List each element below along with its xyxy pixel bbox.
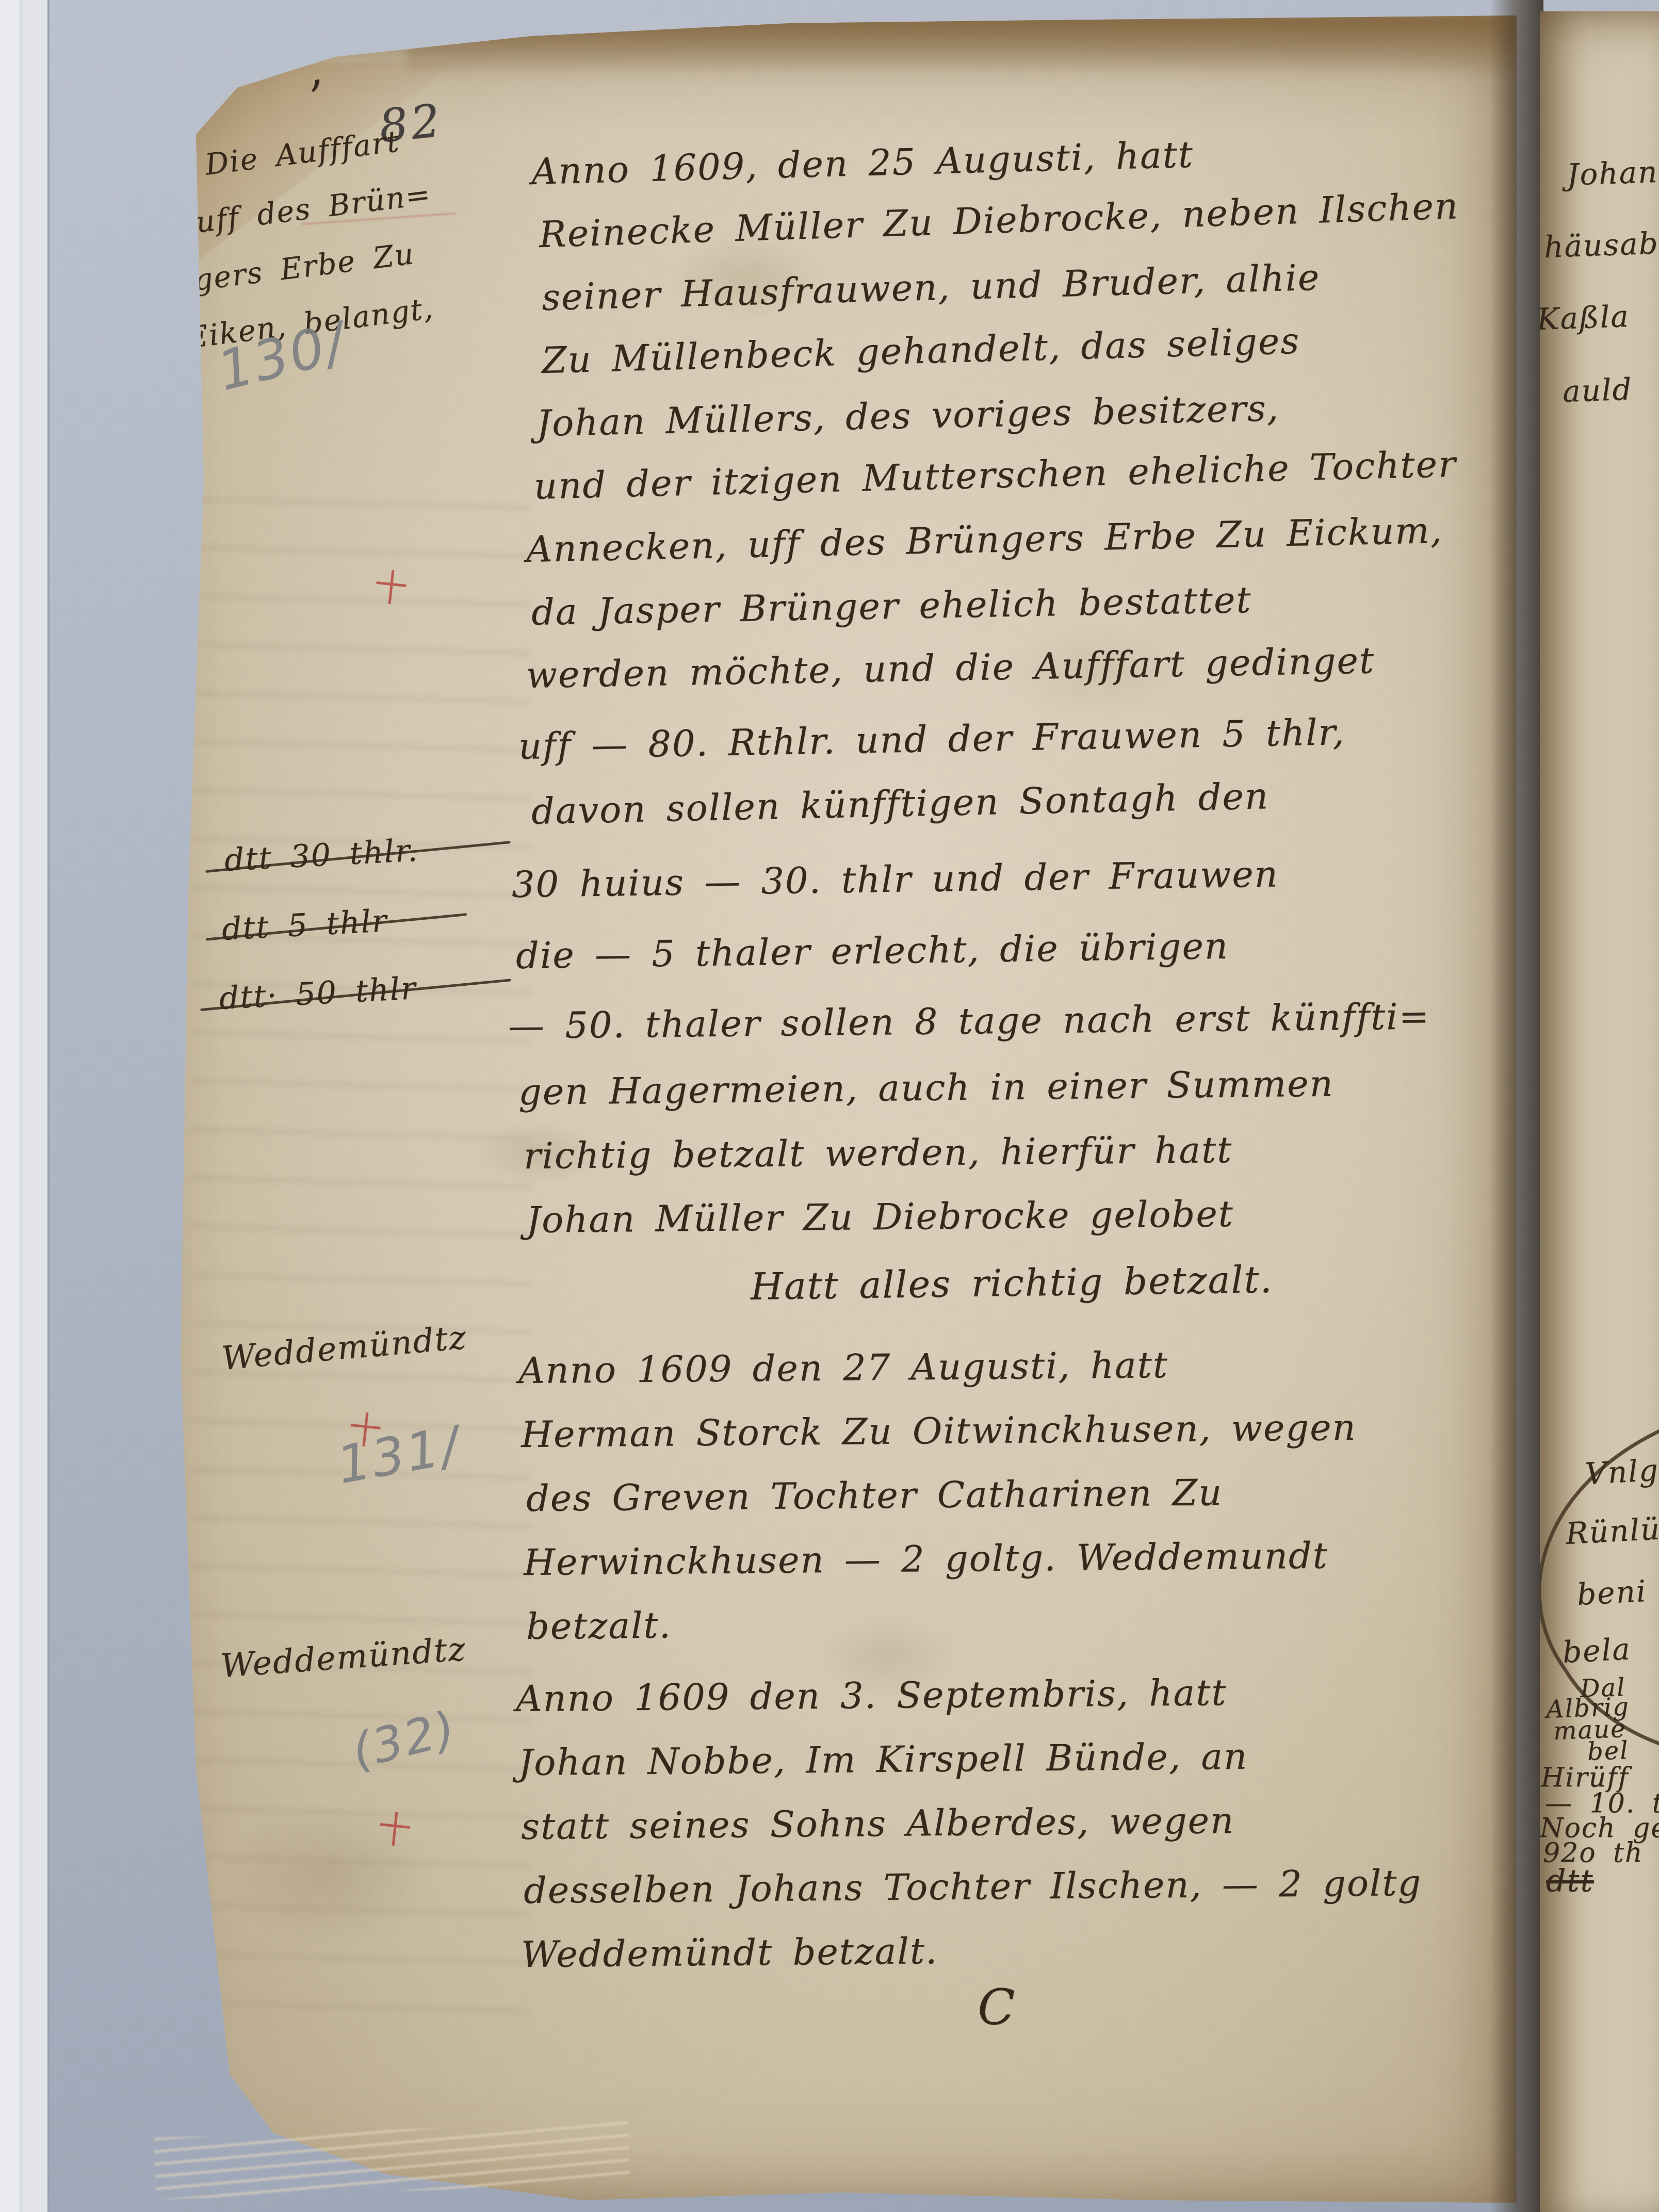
entry-line: Johan Müllers, des voriges besitzers, <box>536 390 1279 442</box>
entry-line: desselben Johans Tochter Ilschen, — 2 go… <box>524 1865 1422 1909</box>
edge-quill-mark: ʒ <box>164 257 178 283</box>
entry-line: die — 5 thaler erlecht, die übrigen <box>516 928 1229 974</box>
entry-line: richtig betzalt werden, hierfür hatt <box>524 1132 1233 1174</box>
entry-line: Annecken, uff des Brüngers Erbe Zu Eicku… <box>526 512 1443 567</box>
left-page: ’ 82 ʒ ʒ ʒ ʒ v ʒ g Die Aufffart uff des … <box>119 15 1517 2203</box>
entry-line: da Jasper Brünger ehelich bestattet <box>531 582 1252 630</box>
edge-quill-mark: ʒ <box>163 154 177 180</box>
entry-line: Anno 1609, den 25 Augusti, hatt <box>531 136 1194 190</box>
fragment-line: auld <box>1562 374 1633 406</box>
entry-line: gen Hagermeien, auch in einer Summen <box>518 1065 1334 1110</box>
entry-line: Herwinckhusen — 2 goltg. Weddemundt <box>524 1537 1328 1581</box>
margin-subject-line: gers Erbe Zu <box>192 239 416 296</box>
margin-subject-line: uff des Brün= <box>194 180 433 238</box>
manuscript-photo: ’ 82 ʒ ʒ ʒ ʒ v ʒ g Die Aufffart uff des … <box>0 0 1659 2212</box>
entry-line: davon sollen künfftigen Sontagh den <box>531 778 1269 829</box>
entry-line: Johan Müller Zu Diebrocke gelobet <box>526 1196 1234 1238</box>
gutter-shadow <box>1490 0 1543 2212</box>
browned-top-edge <box>408 15 1517 77</box>
entry-line: des Greven Tochter Catharinen Zu <box>526 1474 1223 1517</box>
margin-keyword-weddemund: Weddemündtz <box>220 1321 468 1375</box>
red-cross-icon <box>381 1811 409 1847</box>
edge-quill-mark: g <box>168 486 185 512</box>
fragment-line: beni <box>1576 1576 1647 1609</box>
flourish-mark: ’ <box>306 74 330 122</box>
entry-line: betzalt. <box>526 1607 672 1645</box>
pencil-folio-number: (32) <box>348 1704 462 1776</box>
ink-bleed-through <box>191 469 531 2048</box>
right-page-sliver: Johan häusab Kaßla auld Vnlg Rünlü beni … <box>1540 11 1659 2212</box>
entry-line: uff — 80. Rthlr. und der Frauwen 5 thlr, <box>518 714 1345 765</box>
entry-line: — 50. thaler sollen 8 tage nach erst kün… <box>508 998 1430 1044</box>
edge-quill-mark: ʒ <box>162 205 176 231</box>
fragment-line: bel <box>1587 1738 1629 1764</box>
entry-line: Anno 1609 den 27 Augusti, hatt <box>518 1347 1169 1389</box>
fragment-line: Rünlü <box>1565 1514 1659 1549</box>
margin-paid-note: dtt 30 thlr. <box>223 835 419 876</box>
entry-line: werden möchte, und die Aufffart gedinget <box>526 642 1375 693</box>
fragment-line: Johan <box>1566 157 1658 190</box>
entry-line: Anno 1609 den 3. Septembris, hatt <box>516 1674 1227 1717</box>
margin-paid-note: dtt 5 thlr <box>221 905 388 945</box>
entry-line: Herman Storck Zu Oitwinckhusen, wegen <box>521 1409 1357 1453</box>
fragment-line: Kaßla <box>1540 301 1630 334</box>
fragment-line: Vnlg <box>1584 1455 1659 1489</box>
fragment-line-cancelled: dtt <box>1546 1865 1594 1896</box>
entry-line: Johan Nobbe, Im Kirspell Bünde, an <box>518 1738 1248 1781</box>
entry-end-mark: C <box>978 1983 1016 2032</box>
entry-closing-line: Hatt alles richtig betzalt. <box>750 1261 1273 1305</box>
backdrop-left-strip <box>0 0 50 2212</box>
fragment-line: Hirüff <box>1541 1764 1629 1791</box>
edge-quill-mark: ʒ <box>162 308 176 334</box>
edge-quill-mark: ʒ <box>163 423 177 449</box>
entry-line: Reinecke Müller Zu Diebrocke, neben Ilsc… <box>539 188 1459 253</box>
entry-line: und der itzigen Mutterschen eheliche Toc… <box>533 446 1457 505</box>
entry-line: statt seines Sohns Alberdes, wegen <box>521 1802 1235 1845</box>
margin-paid-note: dtt· 50 thlr <box>218 973 417 1014</box>
fragment-line: häusab <box>1543 228 1659 262</box>
edge-quill-mark: v <box>165 366 180 392</box>
margin-keyword-weddemund: Weddemündtz <box>220 1633 467 1682</box>
red-cross-icon <box>378 569 405 605</box>
entry-line: Weddemündt betzalt. <box>521 1933 938 1973</box>
entry-line: Zu Müllenbeck gehandelt, das seliges <box>541 323 1300 379</box>
fragment-line: bela <box>1562 1634 1631 1667</box>
margin-subject-line: Die Aufffart <box>204 127 401 180</box>
entry-line: 30 huius — 30. thlr und der Frauwen <box>512 856 1279 903</box>
entry-line: seiner Hausfrauwen, und Bruder, alhie <box>541 259 1321 315</box>
